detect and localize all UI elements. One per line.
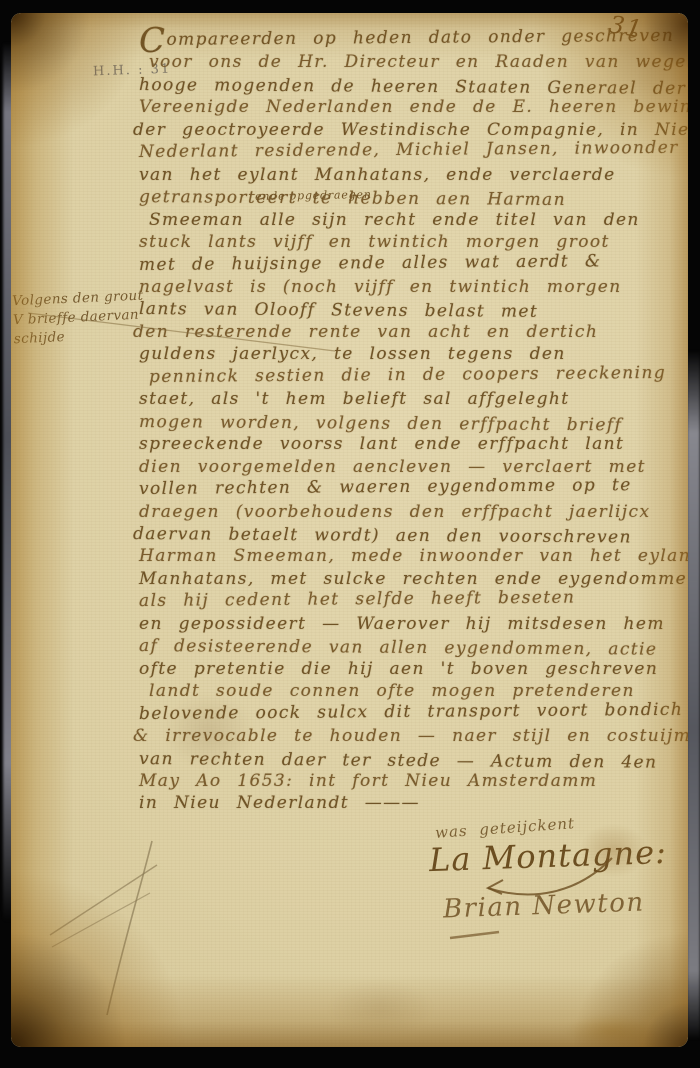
manuscript-line: staet, als 't hem belieft sal affgeleght bbox=[139, 388, 688, 410]
manuscript-line: daervan betaelt wordt) aen den voorschre… bbox=[133, 523, 688, 549]
pencil-cross-mark bbox=[50, 865, 157, 935]
manuscript-line: vollen rechten & waeren eygendomme op te bbox=[139, 474, 688, 501]
manuscript-line: belovende oock sulcx dit transport voort… bbox=[139, 698, 688, 725]
paper-stain bbox=[551, 1008, 671, 1047]
manuscript-line: met de huijsinge ende alles wat aerdt & bbox=[139, 249, 688, 276]
signature-underline bbox=[450, 932, 499, 938]
manuscript-line: van het eylant Manhatans, ende verclaerd… bbox=[139, 164, 688, 186]
manuscript-line: Harman Smeeman, mede inwoonder van het e… bbox=[139, 545, 688, 567]
manuscript-line: ofte pretentie die hij aen 't boven gesc… bbox=[139, 658, 688, 680]
manuscript-line: getransporteert te hebben aen Harman bbox=[139, 186, 688, 212]
manuscript-lines: Compareerden op heden dato onder geschre… bbox=[139, 29, 688, 815]
manuscript-line: in Nieu Nederlandt ——— bbox=[139, 792, 688, 814]
manuscript-page: 31 H.H. : 31 Volgens den grout V brieffe… bbox=[11, 13, 688, 1047]
signature-la-montagne: La Montagne: bbox=[428, 833, 667, 879]
manuscript-line: Compareerden op heden dato onder geschre… bbox=[139, 25, 688, 52]
interlinear-insertion: ende opgedraegen bbox=[255, 188, 372, 203]
manuscript-line: voor ons de Hr. Directeur en Raaden van … bbox=[149, 51, 688, 73]
manuscript-line: nagelvast is (noch vijff en twintich mor… bbox=[139, 276, 688, 298]
signature-brian-newton: Brian Newton bbox=[443, 887, 646, 924]
manuscript-line: Vereenigde Nederlanden ende de E. heeren… bbox=[139, 96, 688, 118]
manuscript-line: hooge mogenden de heeren Staaten Generae… bbox=[139, 74, 688, 100]
manuscript-line: Nederlant residerende, Michiel Jansen, i… bbox=[139, 137, 688, 164]
pencil-cross-mark bbox=[52, 893, 150, 947]
paper-stain bbox=[311, 973, 451, 1043]
manuscript-line: & irrevocable te houden — naer stijl en … bbox=[133, 725, 688, 747]
manuscript-line: lants van Olooff Stevens belast met bbox=[139, 298, 688, 324]
manuscript-line: af desisteerende van allen eygendommen, … bbox=[139, 635, 688, 661]
mount-board-edge-right bbox=[687, 350, 700, 1040]
manuscript-line: penninck sestien die in de coopers reeck… bbox=[149, 362, 688, 389]
manuscript-line: als hij cedent het selfde heeft beseten bbox=[139, 586, 688, 613]
manuscript-line: mogen worden, volgens den erffpacht brie… bbox=[139, 411, 688, 437]
manuscript-line: Smeeman alle sijn recht ende titel van d… bbox=[149, 209, 688, 231]
manuscript-line: en gepossideert — Waerover hij mitsdesen… bbox=[139, 613, 688, 635]
manuscript-line: draegen (voorbehoudens den erffpacht jae… bbox=[139, 501, 688, 523]
manuscript-photo: 31 H.H. : 31 Volgens den grout V brieffe… bbox=[0, 0, 700, 1068]
pencil-cross-mark bbox=[107, 841, 152, 1015]
manuscript-line: van rechten daer ter stede — Actum den 4… bbox=[139, 748, 688, 774]
manuscript-line: den resterende rente van acht en dertich bbox=[133, 321, 688, 343]
